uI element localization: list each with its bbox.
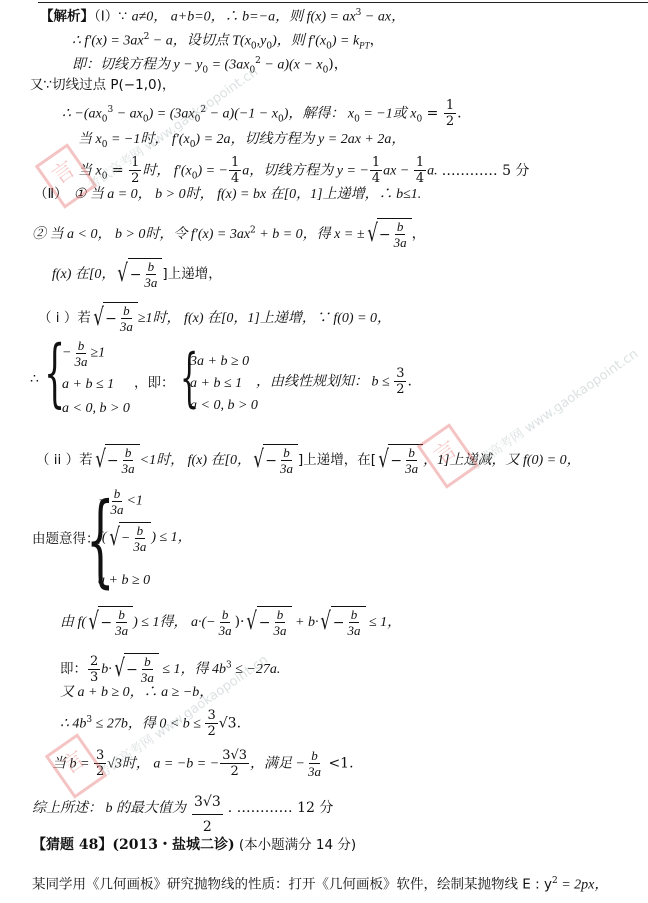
radical: √−b3a <box>112 653 159 685</box>
eq-part: )· <box>235 614 245 630</box>
eq-part: )， <box>328 57 347 73</box>
fraction: b3a <box>278 445 295 476</box>
sub-case-label: （ ii ）若 <box>36 452 93 468</box>
system-1-row-3: a < 0, b > 0 <box>62 400 130 418</box>
minus: − <box>107 452 119 470</box>
eq-part: f( <box>98 530 107 545</box>
radicand: −b3a <box>103 302 138 334</box>
denominator: 3 <box>88 670 100 685</box>
eq-part: ≤ 1， <box>366 615 402 630</box>
denominator: 2 <box>205 724 217 739</box>
problem-points: (本小题满分 14 分) <box>235 837 357 853</box>
condition-text: a≠0， a+b=0，∴ b=−a，则 <box>132 10 307 25</box>
score-marker: ………… 5 分 <box>442 163 530 179</box>
numerator: b <box>142 654 153 670</box>
denominator: 3a <box>108 502 125 517</box>
because-symbol: ∵ <box>118 9 131 25</box>
denominator: 3a <box>346 623 363 638</box>
eq-part: ∴ 4b <box>60 717 86 732</box>
derivative: ∴ f′(x) = 3ax <box>72 34 144 49</box>
slope-k: ) = k <box>332 34 359 49</box>
part-1-marker: （Ⅰ） <box>94 9 118 25</box>
summary-line: 综上所述： b 的最大值为3√32. ………… 12 分 <box>32 790 333 839</box>
minus: − <box>98 494 107 509</box>
fraction: b3a <box>217 607 234 638</box>
eq-part: − a)(x − x <box>261 58 323 73</box>
eq-part: f(x) 在[0， <box>52 267 115 282</box>
solution-line-6: 当 x0 = −1时， f′(x0) = 2a，切线方程为 y = 2ax + … <box>78 130 405 154</box>
part-2-case-1: （Ⅱ）① 当 a = 0， b > 0时， f(x) = bx 在[0，1]上递… <box>34 185 421 204</box>
eq-part: b· <box>101 662 112 677</box>
subscript: PT <box>359 40 370 50</box>
eq-part: − ax <box>113 107 143 122</box>
eq-part: ，1]上递减，又 f(0) = 0， <box>423 453 581 468</box>
minus: − <box>100 614 112 632</box>
system-3-row-3: a + b ≥ 0 <box>98 572 150 590</box>
fraction: 32 <box>205 708 217 739</box>
radical-sign: √ <box>93 302 104 334</box>
punct: ， <box>412 226 426 242</box>
eq-part: = −1时， f′(x <box>107 132 189 147</box>
problem-text: = 2px， <box>558 878 609 893</box>
eq-part: √3时， a = −b = − <box>107 757 219 772</box>
numerator: 1 <box>444 98 456 114</box>
eq-part: a. <box>427 164 438 179</box>
numerator: 3 <box>94 748 106 764</box>
minus: − <box>130 266 142 284</box>
score-marker: . ………… 12 分 <box>228 800 334 816</box>
numerator: b <box>123 445 134 461</box>
system-1-row-2: a + b ≤ 1 <box>62 376 114 394</box>
denominator: 2 <box>94 764 106 779</box>
denominator: 3a <box>392 235 409 250</box>
function-def-tail: − ax， <box>361 10 405 25</box>
fraction: b3a <box>346 607 363 638</box>
derivation-line-4: ∴ 4b3 ≤ 27b，得 0 < b ≤ 32√3. <box>60 708 241 739</box>
radical: √−b3a <box>244 606 291 638</box>
denominator: 3a <box>403 461 420 476</box>
eq-part: ) = 2a，切线方程为 y = 2ax + 2a， <box>195 132 405 147</box>
numerator: 3√3 <box>192 790 223 815</box>
top-rule <box>38 2 648 3</box>
eq-part: <1. <box>324 756 354 772</box>
eq-part: ) = − <box>197 164 228 179</box>
eq-part: ，满足 − <box>250 757 305 772</box>
fraction: b3a <box>72 338 89 369</box>
radical: √−b3a <box>115 258 162 290</box>
denominator: 3a <box>142 275 159 290</box>
radicand: −b3a <box>377 218 412 250</box>
radical: √−b3a <box>376 444 423 476</box>
radicand: −b3a <box>257 606 292 638</box>
radicand: −b3a <box>263 444 298 476</box>
solution-label: 【解析】 <box>40 9 94 25</box>
eq-part: ② 当 a < 0， b > 0时，令 f′(x) = 3ax <box>32 227 250 242</box>
denominator: 3a <box>217 623 234 638</box>
fraction: b3a <box>120 445 137 476</box>
fraction: 14 <box>229 155 241 186</box>
system-2-row-3: a < 0, b > 0 <box>190 397 258 415</box>
eq-part: <1时， f(x) 在[0， <box>140 453 251 468</box>
eq-part: ) ≤ 1得， a·(− <box>133 615 215 630</box>
numerator: 3√3 <box>220 748 249 764</box>
radical-sign: √ <box>95 444 106 476</box>
numerator: 1 <box>414 155 426 171</box>
sub-case-ii: （ ii ）若√−b3a<1时， f(x) 在[0，√−b3a]上递增，在[√−… <box>36 444 581 476</box>
radical: √−b3a <box>251 444 298 476</box>
radical: √−b3a <box>365 218 412 250</box>
minus: − <box>105 310 117 328</box>
radical: √−b3a <box>107 522 152 554</box>
eq-part: )，解得： x <box>284 107 354 122</box>
radical: √−b3a <box>318 606 365 638</box>
system-3: { −b3a<1 f(√−b3a) ≤ 1， a + b ≥ 0 <box>86 480 246 590</box>
sub-case-i: （ i ）若√−b3a≥1时， f(x) 在[0，1]上递增，∵ f(0) = … <box>38 302 391 334</box>
fraction: b3a <box>118 303 135 334</box>
part-2-case-2: ② 当 a < 0， b > 0时，令 f′(x) = 3ax2 + b = 0… <box>32 218 426 250</box>
fraction: b3a <box>306 748 323 779</box>
sub-case-label: （ i ）若 <box>38 310 91 326</box>
radicand: −b3a <box>388 444 423 476</box>
eq-part: + b = 0，得 x = ± <box>256 227 365 242</box>
fraction: 12 <box>129 155 141 186</box>
punct: . <box>407 374 411 390</box>
denominator: 3a <box>72 354 89 369</box>
numerator: b <box>275 607 286 623</box>
slope-text: )，则 f′(x <box>272 34 326 49</box>
eq-part: √3. <box>219 716 241 732</box>
eq-part: + b· <box>292 615 319 630</box>
solution-line-4: 又∵切线过点 P(−1,0)， <box>30 76 175 94</box>
eq-part: 时， f′(x <box>142 164 191 179</box>
radicand: −b3a <box>128 258 163 290</box>
minus: − <box>121 530 130 548</box>
denominator: 3a <box>113 623 130 638</box>
denominator: 3a <box>131 539 148 554</box>
inequality: ≥1 <box>90 346 105 361</box>
radical-sign: √ <box>321 606 332 638</box>
eq-part: 当 b = <box>52 757 93 772</box>
eq-part: ax − <box>383 164 413 179</box>
numerator: 2 <box>88 654 100 670</box>
numerator: b <box>281 445 292 461</box>
tangent-point-y: ,y <box>257 34 267 49</box>
numerator: 1 <box>229 155 241 171</box>
minus: − <box>333 614 345 632</box>
fraction: 14 <box>370 155 382 186</box>
system-3-row-1: −b3a<1 <box>98 486 143 517</box>
numerator: 1 <box>129 155 141 171</box>
next-problem-body: 某同学用《几何画板》研究抛物线的性质：打开《几何画板》软件，绘制某抛物线 E :… <box>32 872 608 895</box>
numerator: b <box>76 338 87 354</box>
fraction: b3a <box>139 654 156 685</box>
system-3-row-2: f(√−b3a) ≤ 1， <box>98 522 192 554</box>
radical-sign: √ <box>378 444 389 476</box>
denominator: 3a <box>120 461 137 476</box>
punct: ， <box>370 33 384 49</box>
numerator: b <box>349 607 360 623</box>
numerator: 3 <box>205 708 217 724</box>
punct: . <box>457 106 461 122</box>
fraction: b3a <box>131 523 148 554</box>
eq-part: − a)(−1 − x <box>206 107 278 122</box>
subscript: 0 <box>249 65 255 75</box>
fraction: b3a <box>113 607 130 638</box>
denominator: 4 <box>370 171 382 186</box>
fraction: 23 <box>88 654 100 685</box>
minus: − <box>265 452 277 470</box>
numerator: b <box>135 523 146 539</box>
solution-line-7: 当 x0 = 12时， f′(x0) = −14a，切线方程为 y = −14a… <box>78 155 529 186</box>
minus: − <box>390 452 402 470</box>
derivation-line-3: 又 a + b ≥ 0，∴ a ≥ −b， <box>60 684 213 702</box>
fraction: 32 <box>394 366 406 397</box>
denominator: 2 <box>228 764 240 779</box>
eq-part: ∴ −(ax <box>62 107 102 122</box>
denominator: 3a <box>306 764 323 779</box>
radical: √−b3a <box>86 606 133 638</box>
case-1-text: ① 当 a = 0， b > 0时， f(x) = bx 在[0，1]上递增，∴… <box>74 187 422 202</box>
denominator: 4 <box>414 171 426 186</box>
eq-part: ≤ 27b，得 0 < b ≤ <box>92 717 204 732</box>
radical-sign: √ <box>114 653 125 685</box>
radical: √−b3a <box>93 444 140 476</box>
eq-part: = <box>422 106 443 122</box>
problem-number: 【猜题 48】(2013・盐城二诊) <box>32 837 235 853</box>
fraction: b3a <box>392 219 409 250</box>
eq-part: = <box>107 163 128 179</box>
eq-part: 由 f( <box>60 615 86 630</box>
tangent-eq-label: 即：切线方程为 y − y <box>72 58 202 73</box>
system-2-row-1: 3a + b ≥ 0 <box>190 353 249 371</box>
summary-text: 综上所述： b 的最大值为 <box>32 801 186 816</box>
minus: − <box>379 226 391 244</box>
minus: − <box>62 346 71 361</box>
numerator: b <box>121 303 132 319</box>
eq-part: ) = (3ax <box>149 107 195 122</box>
linear-programming-conclusion: ，由线性规划知： b ≤ 32. <box>256 366 412 397</box>
denominator: 4 <box>229 171 241 186</box>
denominator: 3a <box>118 319 135 334</box>
denominator: 3a <box>139 670 156 685</box>
fraction: 3√32 <box>220 748 249 779</box>
numerator: b <box>112 486 123 502</box>
eq-part: ≤ 1，得 4b <box>159 662 226 677</box>
fraction: b3a <box>272 607 289 638</box>
radicand: −b3a <box>98 606 133 638</box>
radical-sign: √ <box>367 218 378 250</box>
increasing-interval-line: f(x) 在[0，√−b3a]上递增， <box>52 258 222 290</box>
numerator: b <box>220 607 231 623</box>
eq-part: a，切线方程为 y = − <box>242 164 369 179</box>
radical-sign: √ <box>118 258 129 290</box>
eq-part: ]上递增，在[ <box>298 452 376 468</box>
eq-part: ≥1时， f(x) 在[0，1]上递增，∵ f(0) = 0， <box>138 311 391 326</box>
eq-part: = −1或 x <box>360 107 417 122</box>
subscript: 0 <box>195 114 201 124</box>
subscript: 0 <box>102 114 108 124</box>
radical-sign: √ <box>253 444 264 476</box>
eq-part: 当 x <box>78 132 102 147</box>
therefore-symbol: ∴ <box>30 370 39 388</box>
eq-part: 即： <box>60 661 87 677</box>
system-2-row-2: a + b ≤ 1 <box>190 375 242 393</box>
next-problem-title: 【猜题 48】(2013・盐城二诊) (本小题满分 14 分) <box>32 836 356 854</box>
numerator: b <box>116 607 127 623</box>
radicand: −b3a <box>331 606 366 638</box>
solution-line-5: ∴ −(ax03 − ax0) = (3ax02 − a)(−1 − x0)，解… <box>62 98 462 129</box>
function-def: f(x) = ax <box>307 10 356 25</box>
problem-text: 某同学用《几何画板》研究抛物线的性质：打开《几何画板》软件，绘制某抛物线 E :… <box>32 877 552 893</box>
denominator: 2 <box>129 171 141 186</box>
minus: − <box>259 614 271 632</box>
eq-part: ]上递增， <box>162 266 221 282</box>
radical-sign: √ <box>247 606 258 638</box>
numerator: 3 <box>394 366 406 382</box>
numerator: 1 <box>370 155 382 171</box>
eq-part: ，由线性规划知： b ≤ <box>256 375 393 390</box>
inequality: <1 <box>126 494 142 509</box>
numerator: b <box>395 219 406 235</box>
fraction: b3a <box>142 259 159 290</box>
radical-sign: √ <box>88 606 99 638</box>
radicand: −b3a <box>105 444 140 476</box>
radical: √−b3a <box>91 302 138 334</box>
system-mid-text: ，即： <box>134 374 175 392</box>
numerator: b <box>146 259 157 275</box>
eq-part: = (3ax <box>208 58 249 73</box>
derivation-line-5: 当 b = 32√3时， a = −b = −3√32，满足 −b3a <1. <box>52 748 354 779</box>
fraction: b3a <box>403 445 420 476</box>
part-2-marker: （Ⅱ） <box>34 186 68 202</box>
fraction: 14 <box>414 155 426 186</box>
solution-line-1: 【解析】（Ⅰ）∵ a≠0， a+b=0，∴ b=−a，则 f(x) = ax3 … <box>40 4 405 27</box>
denominator: 3a <box>272 623 289 638</box>
denominator: 2 <box>444 114 456 129</box>
radicand: −b3a <box>119 522 151 554</box>
derivation-line-2: 即：23b·√−b3a ≤ 1，得 4b3 ≤ −27a. <box>60 653 280 685</box>
fraction: 12 <box>444 98 456 129</box>
denominator: 3a <box>278 461 295 476</box>
derivation-line-1: 由 f(√−b3a) ≤ 1得， a·(−b3a)·√−b3a + b·√−b3… <box>60 606 401 638</box>
watermark-text-2: 考试高考网 www.gaokaopoint.cn <box>450 400 648 419</box>
system-1-row-1: −b3a≥1 <box>62 338 105 369</box>
fraction: b3a <box>108 486 125 517</box>
eq-part: 当 x <box>78 164 102 179</box>
numerator: b <box>406 445 417 461</box>
denominator: 2 <box>394 382 406 397</box>
fraction: 3√32 <box>192 790 223 839</box>
eq-part: ≤ −27a. <box>232 662 281 677</box>
radicand: −b3a <box>124 653 159 685</box>
minus: − <box>126 661 138 679</box>
fraction: 32 <box>94 748 106 779</box>
eq-part: ) ≤ 1， <box>151 530 191 545</box>
tangent-point-text: − a，设切点 T(x <box>149 34 251 49</box>
radical-sign: √ <box>109 522 120 554</box>
numerator: b <box>309 748 320 764</box>
